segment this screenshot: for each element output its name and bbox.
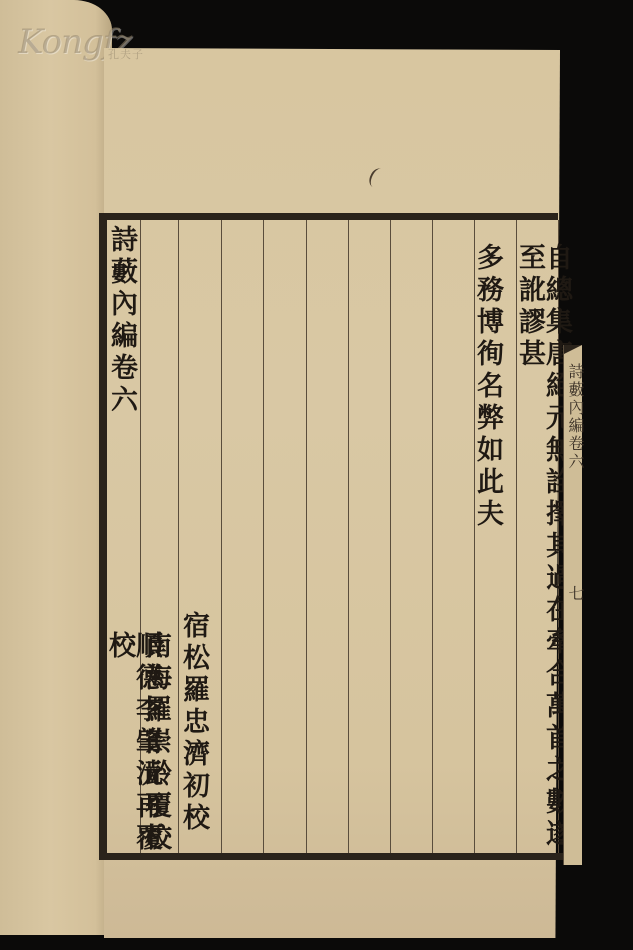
book-photo: Kongfz 孔夫子 自總集唐絕元無詮擇其過在牽合萬首之數遂至訛謬甚 多務博徇名… xyxy=(0,0,633,950)
column-rule xyxy=(263,220,264,853)
column-rule xyxy=(432,220,433,853)
credit-first-collator: 宿松羅忠濟初校 xyxy=(180,611,207,835)
frame-border-top xyxy=(102,213,558,220)
watermark-stamp: 孔夫子 xyxy=(108,46,144,62)
frame-border-bottom xyxy=(102,853,582,860)
column-rule xyxy=(221,220,222,853)
fold-margin: 詩藪內編卷六 七 xyxy=(563,345,582,865)
text-column-1: 自總集唐絕元無詮擇其過在牽合萬首之數遂至訛謬甚 xyxy=(516,243,570,861)
credit-third-collator: 順德李肇沅再覆校 xyxy=(106,631,160,861)
printed-frame: 自總集唐絕元無詮擇其過在牽合萬首之數遂至訛謬甚 多務博徇名弊如此夫 宿松羅忠濟初… xyxy=(96,213,581,861)
column-rule xyxy=(306,220,307,853)
column-rule xyxy=(348,220,349,853)
volume-title: 詩藪內編卷六 xyxy=(108,225,135,417)
text-column-2: 多務博徇名弊如此夫 xyxy=(474,243,501,531)
fishtail-mark-icon xyxy=(564,345,582,354)
background-right xyxy=(584,0,633,950)
column-rule xyxy=(390,220,391,853)
